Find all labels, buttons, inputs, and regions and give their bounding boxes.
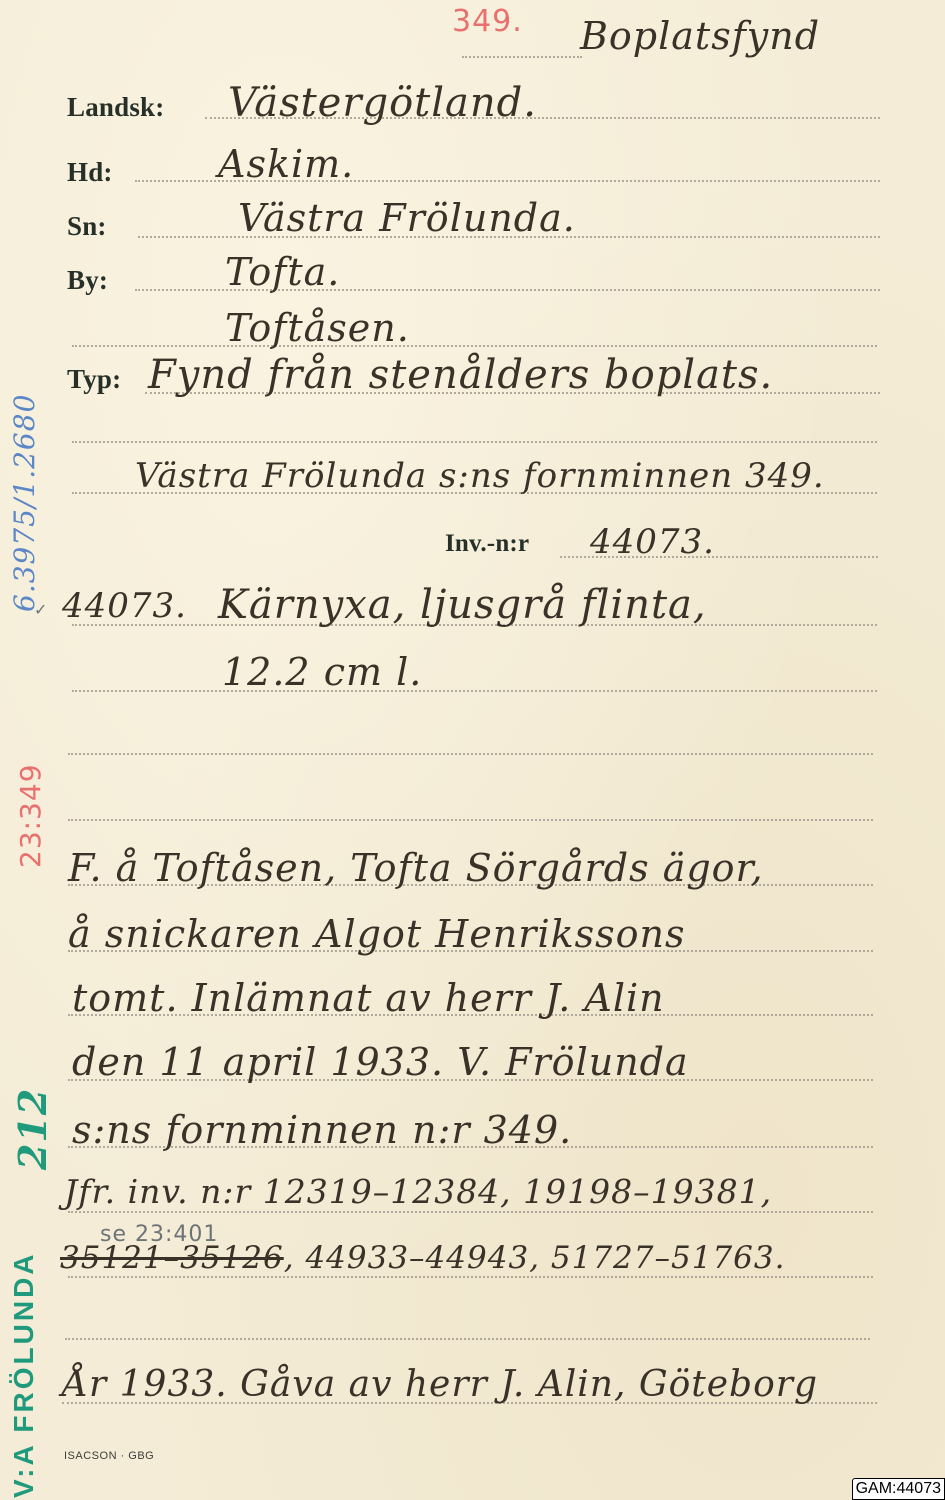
dotted-line [462, 56, 582, 58]
category-text: Boplatsfynd [580, 14, 820, 58]
blue-margin-note: 6.3975/1.2680 [8, 394, 41, 612]
green-number: 212 [10, 1088, 55, 1170]
reference-line: 35121–35126, 44933–44943, 51727–51763. [60, 1240, 785, 1276]
struck-reference: 35121–35126 [60, 1240, 284, 1276]
dotted-line [68, 753, 873, 755]
jfr-line: Jfr. inv. n:r 12319–12384, 19198–19381, [64, 1172, 772, 1211]
item-description-2: 12.2 cm l. [222, 650, 422, 694]
find-text-line-3: tomt. Inlämnat av herr J. Alin [72, 976, 665, 1020]
dotted-line [68, 819, 873, 821]
label-by: By: [67, 265, 108, 296]
value-sn: Västra Frölunda. [238, 196, 576, 240]
green-stamp: V:A FRÖLUNDA [8, 1251, 40, 1498]
dotted-line [68, 1276, 873, 1278]
value-typ: Fynd från stenålders boplats. [148, 352, 773, 398]
label-landsk: Landsk: [67, 92, 164, 123]
reference-rest: , 44933–44943, 51727–51763. [284, 1240, 786, 1276]
catalog-id-badge: GAM:44073 [852, 1478, 945, 1500]
fornminne-line: Västra Frölunda s:ns fornminnen 349. [135, 456, 825, 496]
red-margin-note: 23:349 [14, 763, 47, 868]
find-text-line-2: å snickaren Algot Henrikssons [68, 912, 685, 956]
item-description-1: Kärnyxa, ljusgrå flinta, [218, 582, 707, 628]
label-sn: Sn: [67, 211, 107, 242]
find-text-line-1: F. å Toftåsen, Tofta Sörgårds ägor, [68, 846, 764, 890]
printer-mark: ISACSON · GBG [64, 1450, 154, 1462]
dotted-line [72, 441, 877, 443]
item-number: 44073. [62, 586, 187, 626]
find-text-line-4: den 11 april 1933. V. Frölunda [72, 1040, 689, 1084]
value-locality: Toftåsen. [225, 306, 410, 350]
label-typ: Typ: [67, 364, 121, 395]
dotted-line [68, 1211, 873, 1213]
dotted-line [72, 690, 877, 692]
dotted-line [72, 345, 877, 347]
find-text-line-5: s:ns fornminnen n:r 349. [72, 1108, 572, 1152]
label-hd: Hd: [67, 157, 113, 188]
red-number: 349. [452, 4, 523, 39]
value-inv-nr: 44073. [590, 522, 715, 562]
catalog-card: 349. Boplatsfynd Landsk: Västergötland. … [0, 0, 945, 1500]
label-inv-nr: Inv.-n:r [445, 530, 529, 558]
dotted-line [65, 1338, 870, 1340]
value-by: Tofta. [225, 250, 340, 294]
value-landsk: Västergötland. [228, 80, 537, 126]
acquisition-line: År 1933. Gåva av herr J. Alin, Göteborg [62, 1364, 818, 1405]
value-hd: Askim. [218, 142, 354, 186]
